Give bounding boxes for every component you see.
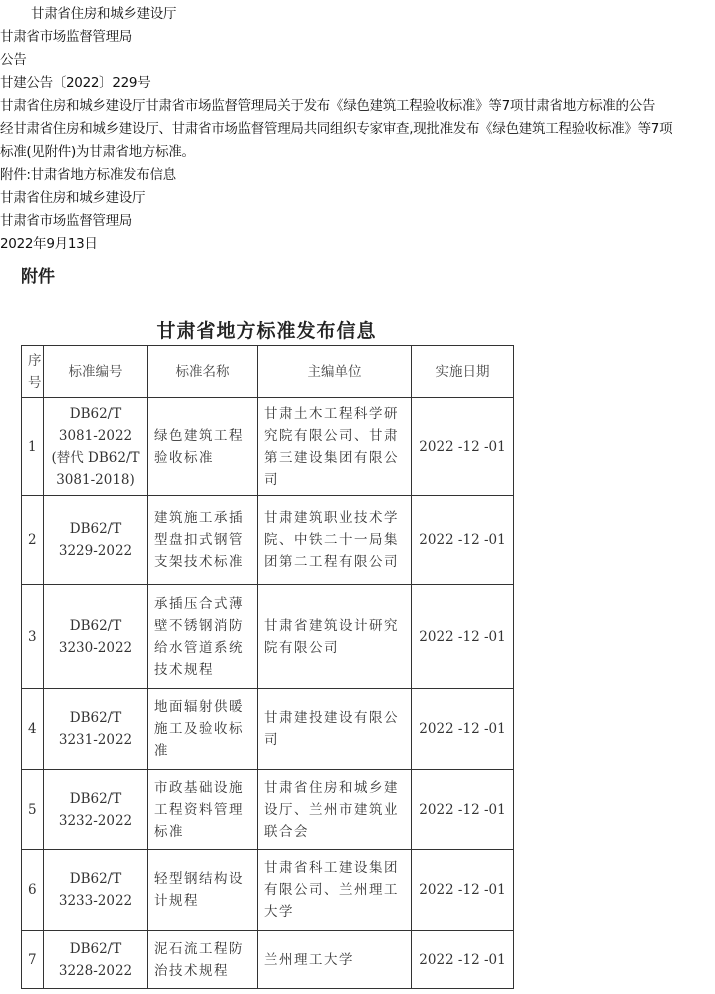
attachment-heading: 附件 — [21, 262, 55, 287]
header-date: 实施日期 — [412, 346, 514, 398]
cell-date: 2022 -12 -01 — [412, 931, 514, 989]
cell-seq: 1 — [22, 398, 44, 496]
code-line: 3228-2022 — [50, 960, 141, 982]
table-row: 6 DB62/T 3233-2022 轻型钢结构设计规程 甘肃省科工建设集团有限… — [22, 850, 514, 931]
code-line: 3229-2022 — [50, 540, 141, 562]
header-unit: 主编单位 — [258, 346, 412, 398]
code-line: 3081-2018) — [50, 469, 141, 491]
cell-unit: 甘肃建筑职业技术学院、中铁二十一局集团第二工程有限公司 — [258, 496, 412, 585]
body-line-1: 经甘肃省住房和城乡建设厅、甘肃省市场监督管理局共同组织专家审查,现批准发布《绿色… — [0, 120, 672, 138]
code-line: DB62/T — [50, 938, 141, 960]
table-row: 3 DB62/T 3230-2022 承插压合式薄壁不锈钢消防给水管道系统技术规… — [22, 585, 514, 689]
table-row: 4 DB62/T 3231-2022 地面辐射供暖施工及验收标准 甘肃建投建设有… — [22, 689, 514, 770]
signatory-1: 甘肃省住房和城乡建设厅 — [0, 189, 145, 207]
cell-unit: 甘肃建投建设有限公司 — [258, 689, 412, 770]
code-line: 3232-2022 — [50, 810, 141, 832]
header-name: 标准名称 — [148, 346, 258, 398]
cell-name: 建筑施工承插型盘扣式钢管支架技术标准 — [148, 496, 258, 585]
table-row: 7 DB62/T 3228-2022 泥石流工程防治技术规程 兰州理工大学 20… — [22, 931, 514, 989]
cell-name: 泥石流工程防治技术规程 — [148, 931, 258, 989]
doc-type: 公告 — [0, 51, 26, 69]
cell-seq: 3 — [22, 585, 44, 689]
cell-seq: 5 — [22, 770, 44, 850]
cell-unit: 甘肃省科工建设集团有限公司、兰州理工大学 — [258, 850, 412, 931]
table-title: 甘肃省地方标准发布信息 — [21, 316, 512, 343]
body-line-2: 标准(见附件)为甘肃省地方标准。 — [0, 143, 195, 161]
cell-code: DB62/T 3232-2022 — [44, 770, 148, 850]
cell-name: 地面辐射供暖施工及验收标准 — [148, 689, 258, 770]
cell-name: 市政基础设施工程资料管理标准 — [148, 770, 258, 850]
header-code: 标准编号 — [44, 346, 148, 398]
cell-code: DB62/T 3233-2022 — [44, 850, 148, 931]
cell-code: DB62/T 3231-2022 — [44, 689, 148, 770]
table-row: 5 DB62/T 3232-2022 市政基础设施工程资料管理标准 甘肃省住房和… — [22, 770, 514, 850]
cell-date: 2022 -12 -01 — [412, 689, 514, 770]
cell-date: 2022 -12 -01 — [412, 398, 514, 496]
header-seq: 序号 — [22, 346, 44, 398]
issuer-1: 甘肃省住房和城乡建设厅 — [31, 5, 176, 23]
cell-name: 承插压合式薄壁不锈钢消防给水管道系统技术规程 — [148, 585, 258, 689]
cell-name: 轻型钢结构设计规程 — [148, 850, 258, 931]
cell-seq: 6 — [22, 850, 44, 931]
cell-name: 绿色建筑工程验收标准 — [148, 398, 258, 496]
cell-unit: 甘肃省建筑设计研究院有限公司 — [258, 585, 412, 689]
cell-seq: 4 — [22, 689, 44, 770]
table-row: 1 DB62/T 3081-2022 (替代 DB62/T 3081-2018)… — [22, 398, 514, 496]
signatory-2: 甘肃省市场监督管理局 — [0, 212, 132, 230]
cell-code: DB62/T 3229-2022 — [44, 496, 148, 585]
cell-seq: 7 — [22, 931, 44, 989]
code-line: 3231-2022 — [50, 729, 141, 751]
table-header-row: 序号 标准编号 标准名称 主编单位 实施日期 — [22, 346, 514, 398]
standards-table: 序号 标准编号 标准名称 主编单位 实施日期 1 DB62/T 3081-202… — [21, 345, 514, 989]
cell-date: 2022 -12 -01 — [412, 496, 514, 585]
cell-code: DB62/T 3230-2022 — [44, 585, 148, 689]
notice-date: 2022年9月13日 — [0, 235, 98, 253]
cell-code: DB62/T 3228-2022 — [44, 931, 148, 989]
doc-number: 甘建公告〔2022〕229号 — [0, 74, 150, 92]
issuer-2: 甘肃省市场监督管理局 — [0, 28, 132, 46]
notice-title: 甘肃省住房和城乡建设厅甘肃省市场监督管理局关于发布《绿色建筑工程验收标准》等7项… — [0, 97, 655, 115]
cell-unit: 甘肃省住房和城乡建设厅、兰州市建筑业联合会 — [258, 770, 412, 850]
attachment-reference: 附件:甘肃省地方标准发布信息 — [0, 166, 176, 184]
cell-date: 2022 -12 -01 — [412, 585, 514, 689]
code-line: 3233-2022 — [50, 890, 141, 912]
code-line: 3230-2022 — [50, 637, 141, 659]
cell-date: 2022 -12 -01 — [412, 850, 514, 931]
code-line: DB62/T — [50, 868, 141, 890]
cell-seq: 2 — [22, 496, 44, 585]
code-line: DB62/T — [50, 707, 141, 729]
code-line: DB62/T — [50, 518, 141, 540]
code-line: DB62/T — [50, 788, 141, 810]
code-line: DB62/T — [50, 615, 141, 637]
cell-date: 2022 -12 -01 — [412, 770, 514, 850]
code-line: (替代 DB62/T — [50, 447, 141, 469]
cell-code: DB62/T 3081-2022 (替代 DB62/T 3081-2018) — [44, 398, 148, 496]
code-line: 3081-2022 — [50, 425, 141, 447]
cell-unit: 甘肃土木工程科学研究院有限公司、甘肃第三建设集团有限公司 — [258, 398, 412, 496]
code-line: DB62/T — [50, 403, 141, 425]
cell-unit: 兰州理工大学 — [258, 931, 412, 989]
table-row: 2 DB62/T 3229-2022 建筑施工承插型盘扣式钢管支架技术标准 甘肃… — [22, 496, 514, 585]
